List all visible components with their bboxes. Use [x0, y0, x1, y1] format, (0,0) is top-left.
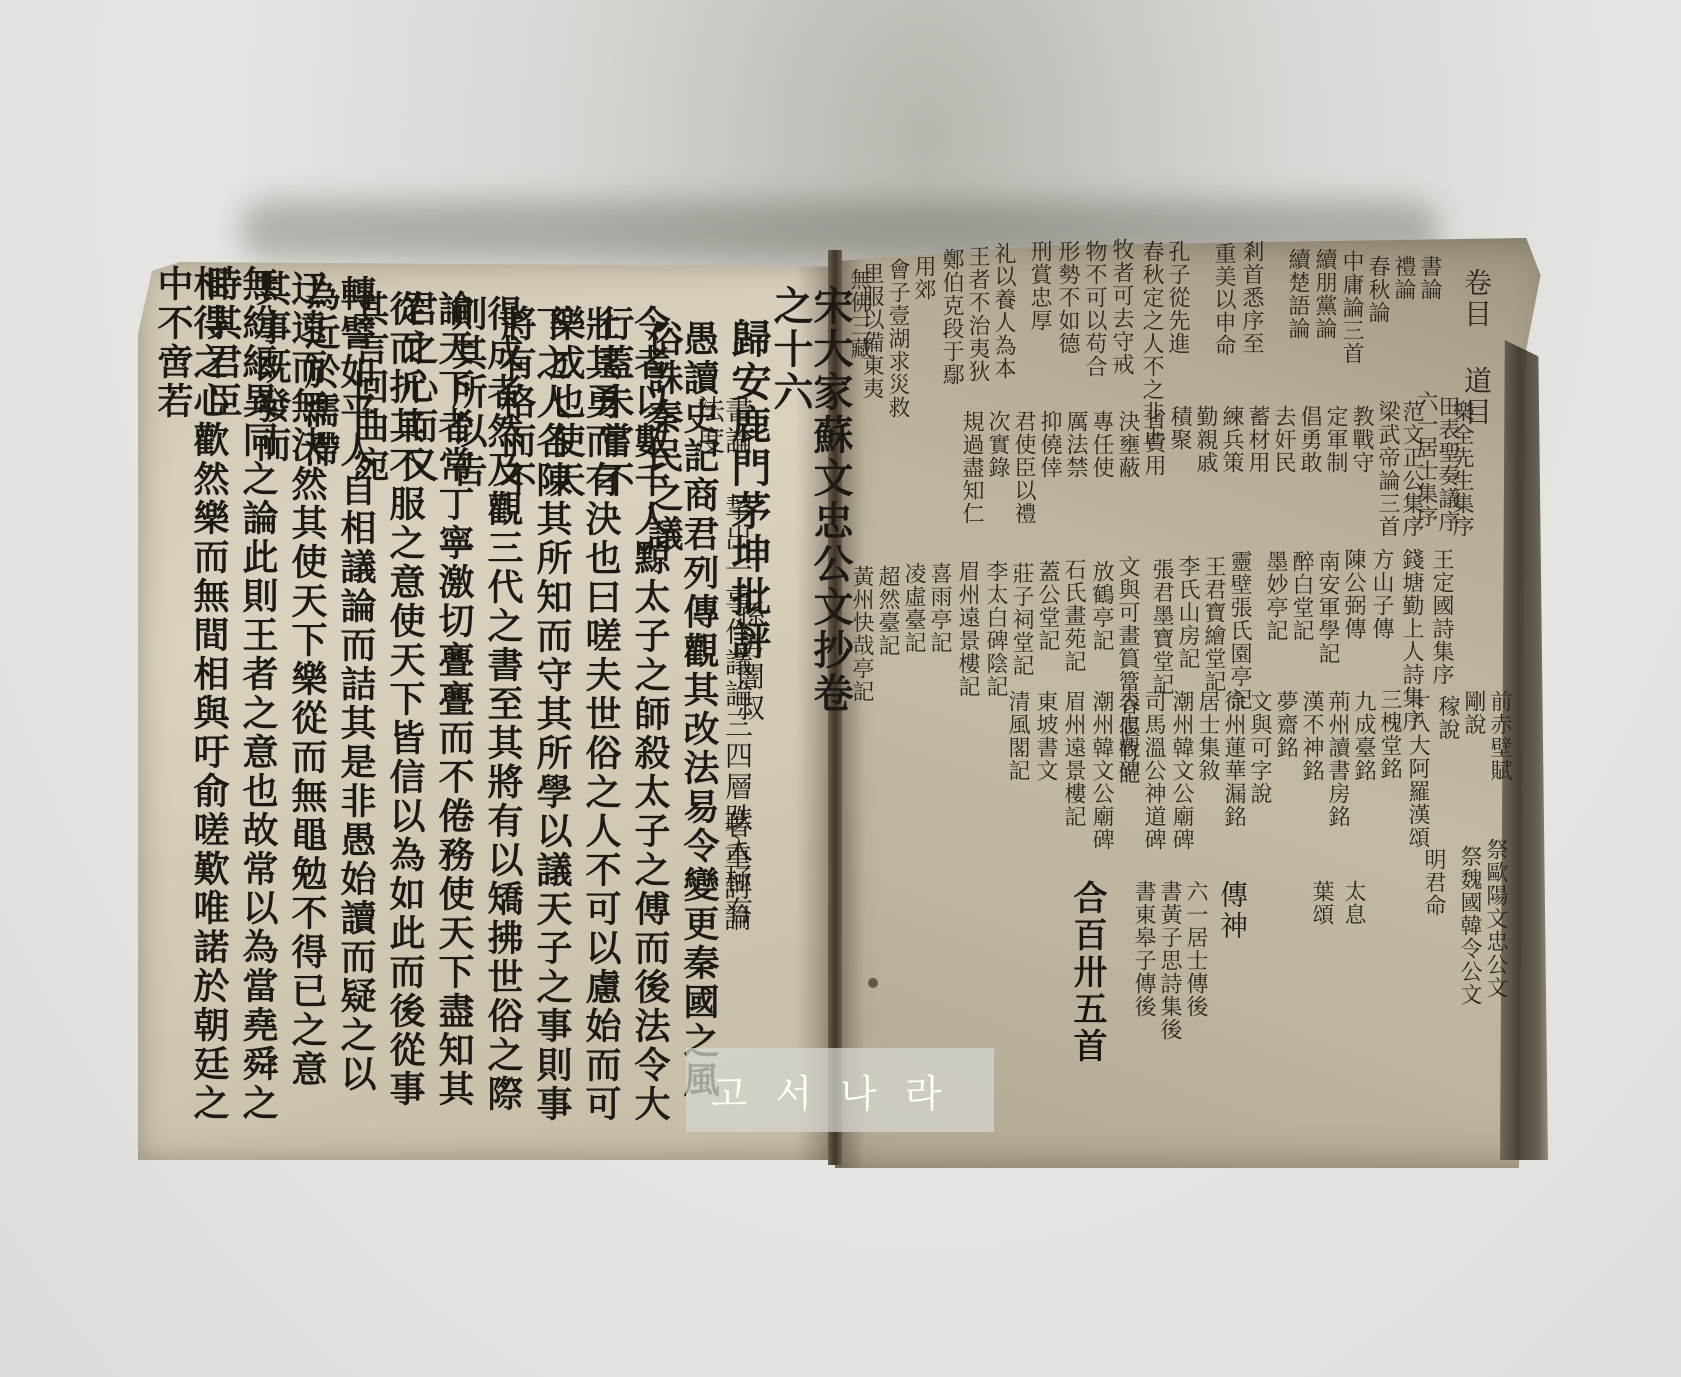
- toc-entry: 六一居士傳後: [1184, 880, 1206, 1018]
- ink-stain: [868, 978, 878, 988]
- toc-entry: 蓋公堂記: [1036, 560, 1058, 652]
- toc-entry: 無佛三藏: [848, 268, 870, 360]
- toc-entry: 方山子傳: [1370, 548, 1392, 640]
- toc-entry: 用郊: [912, 255, 934, 301]
- toc-entry: 省費用: [1142, 408, 1164, 477]
- toc-entry: 抑僥倖: [1038, 410, 1060, 479]
- toc-entry: 續楚語論: [1286, 248, 1308, 340]
- toc-entry: 喜雨亭記: [928, 562, 950, 654]
- toc-entry: 夢齋銘: [1274, 690, 1296, 759]
- toc-entry: 太息: [1342, 880, 1364, 926]
- toc-entry: 孔子從先進: [1166, 240, 1188, 355]
- toc-entry: 文與可字說: [1248, 690, 1270, 805]
- toc-entry: 荊州讀書房銘: [1326, 690, 1348, 828]
- toc-entry: 三槐堂銘: [1378, 688, 1400, 780]
- toc-entry: 石氏畫苑記: [1062, 558, 1084, 673]
- toc-entry: 續朋黨論: [1313, 248, 1335, 340]
- toc-entry: 稼說: [1436, 695, 1458, 741]
- toc-entry: 厲法禁: [1064, 410, 1086, 479]
- toc-entry: 鄭伯克段于鄢: [940, 248, 962, 386]
- toc-entry: 南安軍學記: [1316, 550, 1338, 665]
- toc-entry: 剛說: [1462, 690, 1484, 736]
- book-title: 宋大家蘇文忠公文抄卷之十六: [770, 285, 850, 745]
- toc-entry: 定軍制: [1324, 405, 1346, 474]
- toc-entry: 刑賞忠厚: [1028, 240, 1050, 332]
- toc-entry: 葉頌: [1310, 880, 1332, 926]
- toc-entry: 陳公弼傳: [1342, 548, 1364, 640]
- toc-entry: 李太白碑陰記: [984, 560, 1006, 698]
- toc-entry: 教戰守: [1350, 405, 1372, 474]
- toc-entry: 禮論: [1392, 255, 1414, 301]
- toc-entry: 傳神: [1218, 880, 1246, 942]
- body-column: 相得之心歡然樂而無間相與吁俞嗟歎唯諾於朝廷之中不啻若: [155, 265, 227, 1125]
- toc-entry: 眉州遠景樓記: [1062, 690, 1084, 828]
- toc-entry: 表忠觀碑: [1116, 690, 1138, 782]
- toc-entry: 六一居士集序: [1414, 390, 1436, 528]
- toc-entry: 規過盡知仁: [960, 410, 982, 525]
- toc-entry: 靈壁張氏園亭記: [1228, 550, 1250, 711]
- toc-entry: 勤親戚: [1194, 405, 1216, 474]
- toc-entry: 重美以申命: [1212, 242, 1234, 357]
- toc-entry: 春秋論: [1366, 255, 1388, 324]
- annotation: 著重訶論: [722, 810, 750, 934]
- toc-entry: 書黃子思詩集後: [1158, 880, 1180, 1041]
- toc-entry: 礼以養人為本: [992, 242, 1014, 380]
- toc-entry: 漢不神銘: [1300, 690, 1322, 782]
- toc-entry: 牧者可去守戒: [1110, 238, 1132, 376]
- toc-entry: 九成臺銘: [1352, 690, 1374, 782]
- toc-entry: 司馬溫公神道碑: [1142, 690, 1164, 851]
- toc-entry: 明君命: [1422, 848, 1444, 917]
- toc-entry: 超然臺記: [876, 565, 898, 657]
- watermark: 고서나라: [686, 1048, 994, 1132]
- toc-entry: 醉白堂記: [1290, 550, 1312, 642]
- toc-entry: 眉州遠景樓記: [956, 560, 978, 698]
- toc-entry: 梁武帝論三首: [1376, 400, 1398, 538]
- toc-entry: 書論: [1418, 255, 1440, 301]
- toc-entry: 潮州韓文公廟碑: [1170, 690, 1192, 851]
- toc-entry: 東坡書文: [1034, 690, 1056, 782]
- toc-entry: 王定國詩集序: [1430, 548, 1452, 686]
- toc-entry: 祭魏國韓令公文: [1458, 845, 1480, 1006]
- toc-entry: 前赤壁賦: [1488, 690, 1510, 782]
- toc-entry: 墨妙亭記: [1264, 550, 1286, 642]
- toc-entry: 潮州韓文公廟碑: [1090, 690, 1112, 851]
- open-book: 宋大家蘇文忠公文抄卷之十六 歸安鹿門茅坤批評 孫男闇叔 書論 挈出一事作議論三四…: [0, 0, 1681, 1377]
- toc-entry: 張君墨寶堂記: [1150, 558, 1172, 696]
- toc-entry: 居士集敘: [1196, 690, 1218, 782]
- toc-entry: 蓄材用: [1246, 405, 1268, 474]
- toc-entry: 積聚: [1168, 405, 1190, 451]
- toc-entry: 中庸論三首: [1340, 250, 1362, 365]
- toc-entry: 清風閣記: [1006, 690, 1028, 782]
- toc-entry: 徐州蓮華漏銘: [1222, 690, 1244, 828]
- toc-entry: 去奸民: [1272, 405, 1294, 474]
- toc-entry: 黃州快哉亭記: [850, 565, 872, 703]
- toc-entry: 凌虛臺記: [902, 562, 924, 654]
- toc-entry: 王者不治夷狄: [966, 245, 988, 383]
- toc-entry: 決壅蔽: [1116, 410, 1138, 479]
- toc-entry: 田表聖奏議序: [1436, 395, 1458, 533]
- toc-entry: 物不可以苟合: [1083, 240, 1105, 378]
- toc-entry: 專任使: [1090, 410, 1112, 479]
- toc-entry: 十八大阿羅漢頌: [1406, 688, 1428, 849]
- toc-entry: 王君寶繪堂記: [1202, 555, 1224, 693]
- toc-entry: 書東皋子傳後: [1132, 880, 1154, 1018]
- toc-entry: 次實錄: [986, 410, 1008, 479]
- toc-entry: 李氏山房記: [1176, 555, 1198, 670]
- toc-entry: 君使臣以禮: [1012, 410, 1034, 525]
- toc-entry: 會子壹湖求災救: [886, 258, 908, 419]
- total-count: 合百卅五首: [1070, 880, 1104, 1065]
- toc-entry: 剎首悉序至: [1240, 240, 1262, 355]
- toc-entry: 莊子祠堂記: [1010, 562, 1032, 677]
- toc-entry: 倡勇敢: [1298, 405, 1320, 474]
- toc-entry: 形勢不如德: [1056, 240, 1078, 355]
- toc-entry: 練兵策: [1220, 405, 1242, 474]
- toc-entry: 放鶴亭記: [1090, 560, 1112, 652]
- toc-entry: 祭歐陽文忠公文: [1484, 838, 1506, 999]
